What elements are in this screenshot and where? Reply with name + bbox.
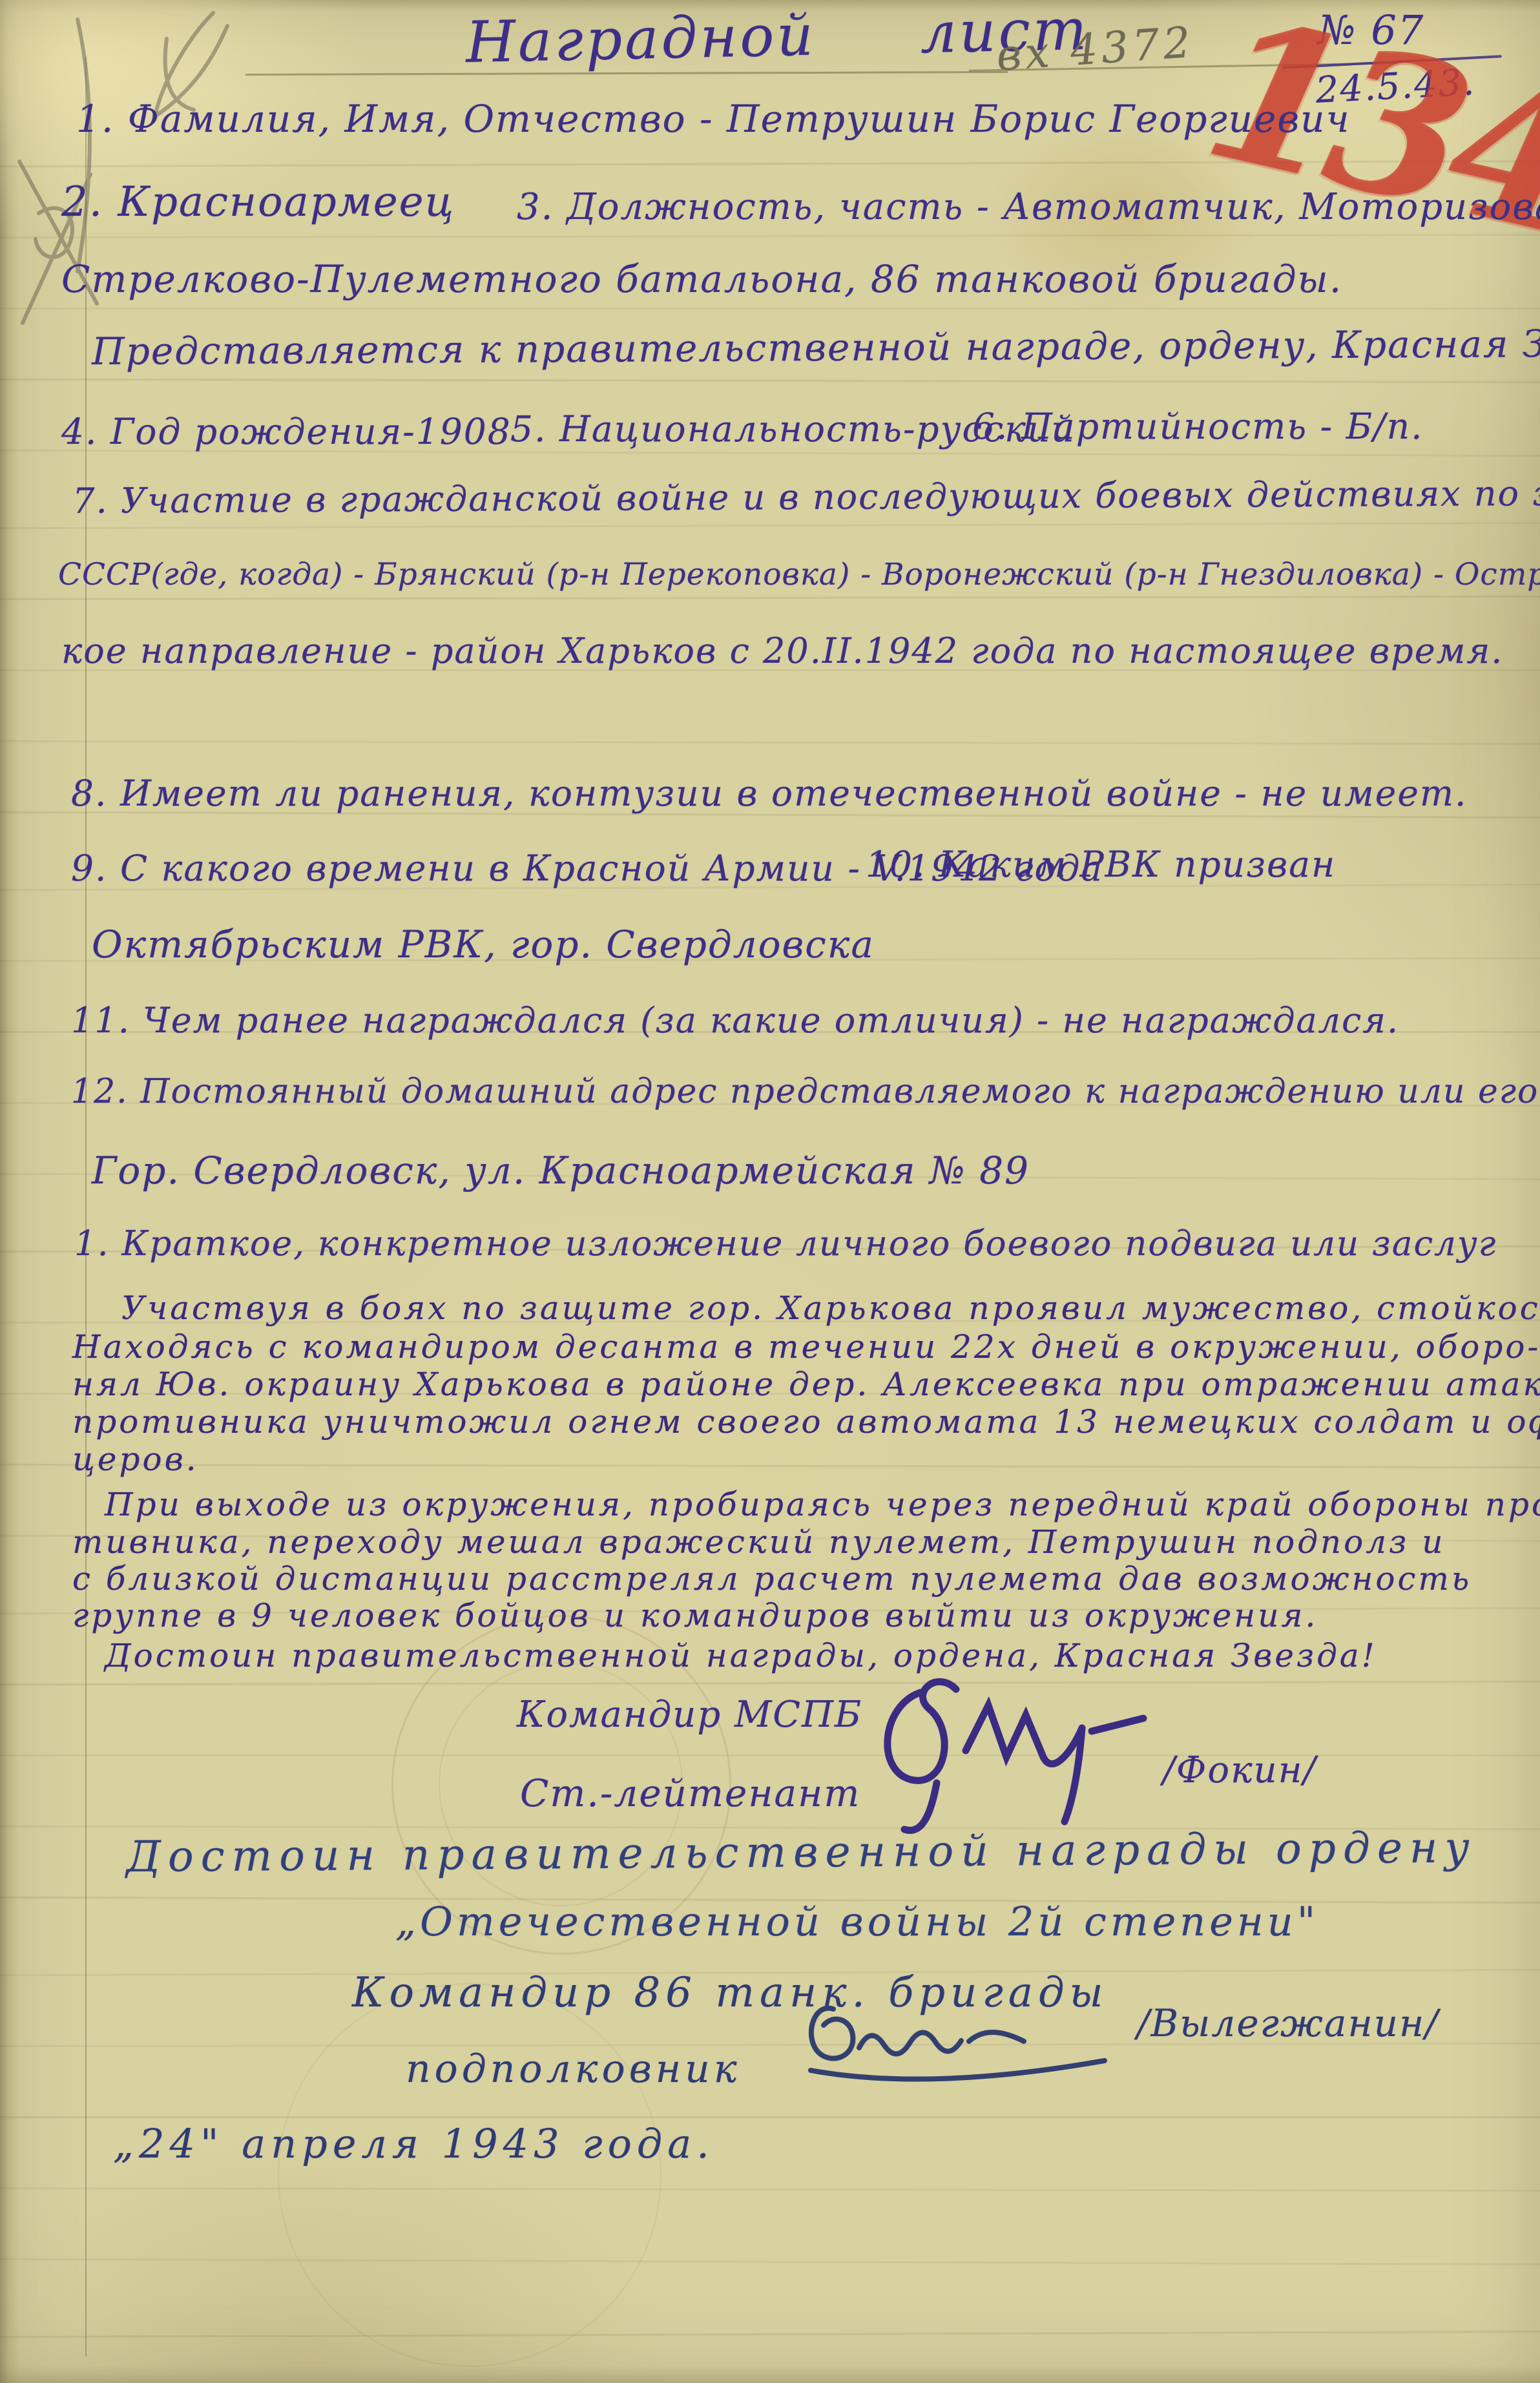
section-feat-header: 1. Краткое, конкретное изложение личного… xyxy=(74,1224,1497,1264)
brigade-commander-rank: подполковник xyxy=(406,2046,741,2092)
brigade-commander-name: /Вылегжанин/ xyxy=(1137,2001,1439,2045)
feat-conclusion: Достоин правительственной награды, орден… xyxy=(105,1637,1377,1674)
ruled-line xyxy=(0,596,1540,600)
ruled-line xyxy=(0,2258,1540,2266)
ruled-line xyxy=(0,522,1540,530)
round-stamp-ghost-lower xyxy=(278,1983,661,2367)
document-date: „24" апреля 1943 года. xyxy=(113,2120,714,2167)
ruled-line xyxy=(0,2187,1540,2192)
award-sheet-scan: Наградной лист вх 4372 № 67 24.5.43. 134… xyxy=(0,0,1540,2383)
endorsement-worthy: Достоин правительственной награды ордену xyxy=(126,1822,1477,1882)
feat-line: При выходе из окружения, пробираясь чере… xyxy=(105,1486,1540,1523)
field-home-address-cont: Гор. Свердловск, ул. Красноармейская № 8… xyxy=(92,1149,1030,1192)
field-war-participation-cont1: СССР(где, когда) - Брянский (р-н Перекоп… xyxy=(58,557,1540,592)
title-underline xyxy=(245,71,1008,76)
field-position-cont: Стрелково-Пулеметного батальона, 86 танк… xyxy=(61,257,1342,301)
feat-line: Участвуя в боях по защите гор. Харькова … xyxy=(121,1289,1540,1327)
feat-line: с близкой дистанции расстрелял расчет пу… xyxy=(72,1560,1472,1597)
field-rank: 2. Красноармеец xyxy=(61,178,455,226)
battalion-commander-rank: Ст.-лейтенант xyxy=(520,1771,860,1815)
signature-fokin xyxy=(859,1654,1156,1847)
signature-vylegzhanin xyxy=(795,1996,1118,2099)
battalion-commander-post: Командир МСПБ xyxy=(517,1694,862,1736)
feat-line: группе в 9 человек бойцов и командиров в… xyxy=(72,1597,1318,1634)
ruled-line xyxy=(0,740,1540,745)
field-birth-year: 4. Год рождения-1908 xyxy=(61,411,512,452)
field-wounds: 8. Имеет ли ранения, контузии в отечеств… xyxy=(71,773,1468,814)
ruled-line xyxy=(0,2331,1540,2338)
field-drafted-by-cont: Октябрьским РВК, гор. Свердловска xyxy=(92,922,875,966)
feat-line: церов. xyxy=(72,1441,199,1478)
field-name: 1. Фамилия, Имя, Отчество - Петрушин Бор… xyxy=(76,97,1351,141)
field-drafted-by: 10. Каким РВК призван xyxy=(866,844,1336,885)
margin-line xyxy=(85,57,87,2357)
ruled-line xyxy=(0,1681,1540,1685)
ruled-line xyxy=(0,379,1540,383)
battalion-commander-name: /Фокин/ xyxy=(1163,1749,1316,1791)
feat-line: противника уничтожил огнем своего автома… xyxy=(72,1403,1540,1441)
field-award-proposed: Представляется к правительственной награ… xyxy=(92,321,1540,373)
feat-line: тивника, переходу мешал вражеский пулеме… xyxy=(72,1523,1445,1561)
field-prior-awards: 11. Чем ранее награждался (за какие отли… xyxy=(71,1000,1399,1041)
field-home-address: 12. Постоянный домашний адрес представля… xyxy=(71,1072,1540,1111)
field-war-participation: 7. Участие в гражданской войне и в после… xyxy=(72,472,1540,521)
field-war-participation-cont2: кое направление - район Харьков с 20.II.… xyxy=(61,630,1503,671)
ruled-line xyxy=(0,2116,1540,2118)
endorsement-order-name: „Отечественной войны 2й степени" xyxy=(395,1898,1319,1945)
field-position: 3. Должность, часть - Автоматчик, Мотори… xyxy=(517,186,1540,228)
feat-line: нял Юв. окраину Харькова в районе дер. А… xyxy=(72,1366,1540,1403)
ruled-line xyxy=(0,1464,1540,1468)
field-party: 6. Партийность - Б/п. xyxy=(972,406,1424,447)
feat-line: Находясь с командиром десанта в течении … xyxy=(72,1328,1540,1366)
